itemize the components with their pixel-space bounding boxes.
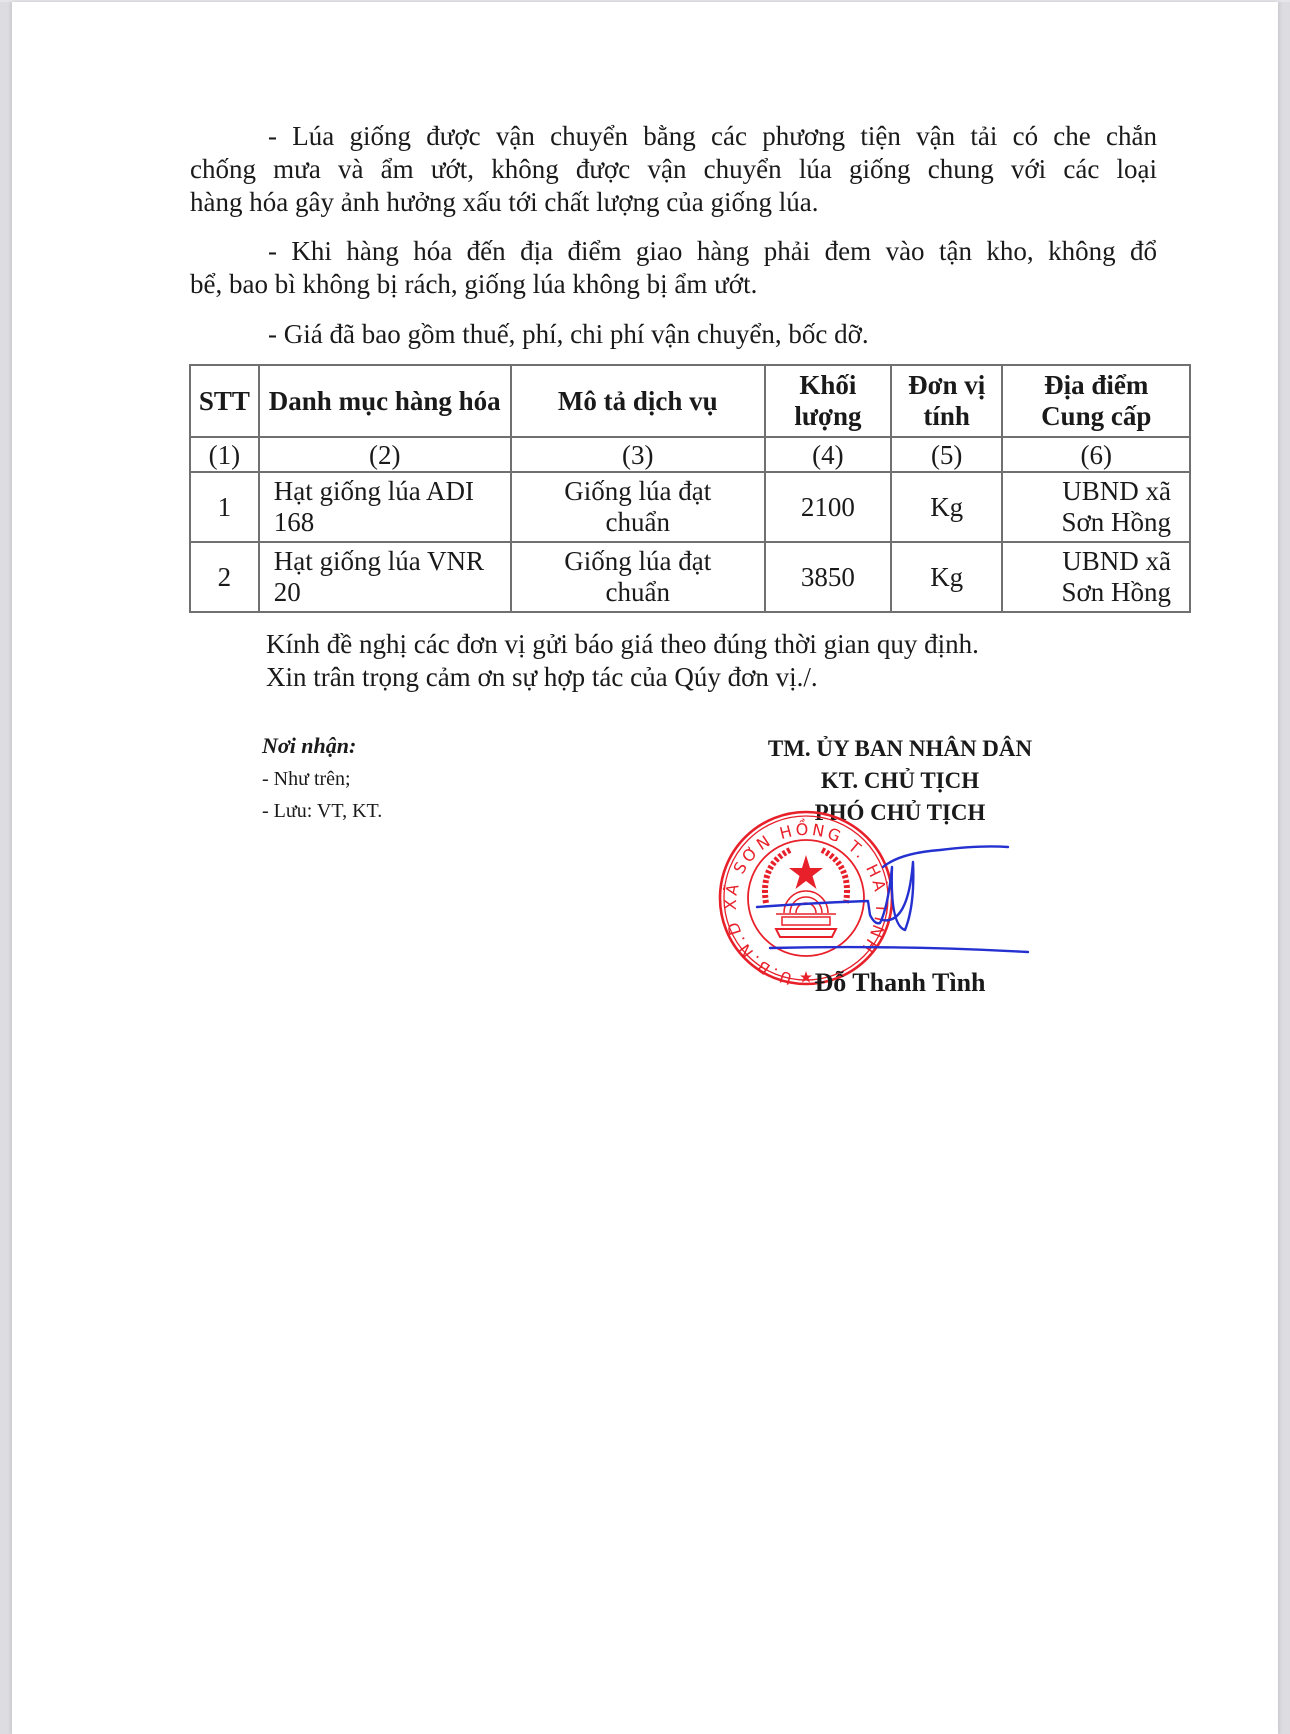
table-header-row: STT Danh mục hàng hóa Mô tả dịch vụ Khối… (190, 365, 1190, 437)
column-number: (5) (891, 437, 1002, 472)
signature-title: KT. CHỦ TỊCH (720, 765, 1080, 797)
cell-unit: Kg (891, 472, 1002, 542)
table-row: 1 Hạt giống lúa ADI168 Giống lúa đạtchuẩ… (190, 472, 1190, 542)
column-number: (2) (259, 437, 511, 472)
text-line: - Lúa giống được vận chuyển bằng các phư… (190, 120, 1157, 153)
header-stt: STT (190, 365, 259, 437)
closing-line: Xin trân trọng cảm ơn sự hợp tác của Qúy… (266, 661, 979, 694)
text-line: hàng hóa gây ảnh hưởng xấu tới chất lượn… (190, 186, 1157, 219)
signer-name: Đỗ Thanh Tình (760, 968, 1040, 998)
column-number: (4) (765, 437, 891, 472)
cell-stt: 2 (190, 542, 259, 612)
column-number-row: (1) (2) (3) (4) (5) (6) (190, 437, 1190, 472)
closing-text: Kính đề nghị các đơn vị gửi báo giá theo… (266, 628, 979, 694)
recipients-block: Nơi nhận: - Như trên; - Lưu: VT, KT. (262, 733, 382, 831)
stamp-star-icon (789, 855, 823, 889)
header-description: Mô tả dịch vụ (511, 365, 765, 437)
cell-description: Giống lúa đạtchuẩn (511, 542, 765, 612)
text-line: - Khi hàng hóa đến địa điểm giao hàng ph… (190, 235, 1157, 268)
cell-item: Hạt giống lúa VNR20 (259, 542, 511, 612)
cell-unit: Kg (891, 542, 1002, 612)
signature-title: TM. ỦY BAN NHÂN DÂN (720, 733, 1080, 765)
paragraph-transport: - Lúa giống được vận chuyển bằng các phư… (190, 120, 1157, 219)
text-line: bể, bao bì không bị rách, giống lúa khôn… (190, 268, 1157, 301)
column-number: (3) (511, 437, 765, 472)
header-location: Địa điểmCung cấp (1002, 365, 1190, 437)
cell-location: UBND xãSơn Hồng (1002, 542, 1190, 612)
column-number: (6) (1002, 437, 1190, 472)
paragraph-delivery: - Khi hàng hóa đến địa điểm giao hàng ph… (190, 235, 1157, 301)
paragraph-price: - Giá đã bao gồm thuế, phí, chi phí vận … (190, 318, 1157, 351)
cell-item: Hạt giống lúa ADI168 (259, 472, 511, 542)
recipient-item: - Như trên; (262, 767, 382, 791)
header-quantity: Khốilượng (765, 365, 891, 437)
header-item: Danh mục hàng hóa (259, 365, 511, 437)
recipient-item: - Lưu: VT, KT. (262, 799, 382, 823)
text-line: - Giá đã bao gồm thuế, phí, chi phí vận … (190, 318, 1157, 351)
goods-table: STT Danh mục hàng hóa Mô tả dịch vụ Khối… (189, 364, 1191, 613)
cell-location: UBND xãSơn Hồng (1002, 472, 1190, 542)
text-line: chống mưa và ẩm ướt, không được vận chuy… (190, 153, 1157, 186)
column-number: (1) (190, 437, 259, 472)
cell-description: Giống lúa đạtchuẩn (511, 472, 765, 542)
table-row: 2 Hạt giống lúa VNR20 Giống lúa đạtchuẩn… (190, 542, 1190, 612)
cell-stt: 1 (190, 472, 259, 542)
cell-quantity: 3850 (765, 542, 891, 612)
closing-line: Kính đề nghị các đơn vị gửi báo giá theo… (266, 628, 979, 661)
header-unit: Đơn vịtính (891, 365, 1002, 437)
cell-quantity: 2100 (765, 472, 891, 542)
recipients-title: Nơi nhận: (262, 733, 382, 759)
